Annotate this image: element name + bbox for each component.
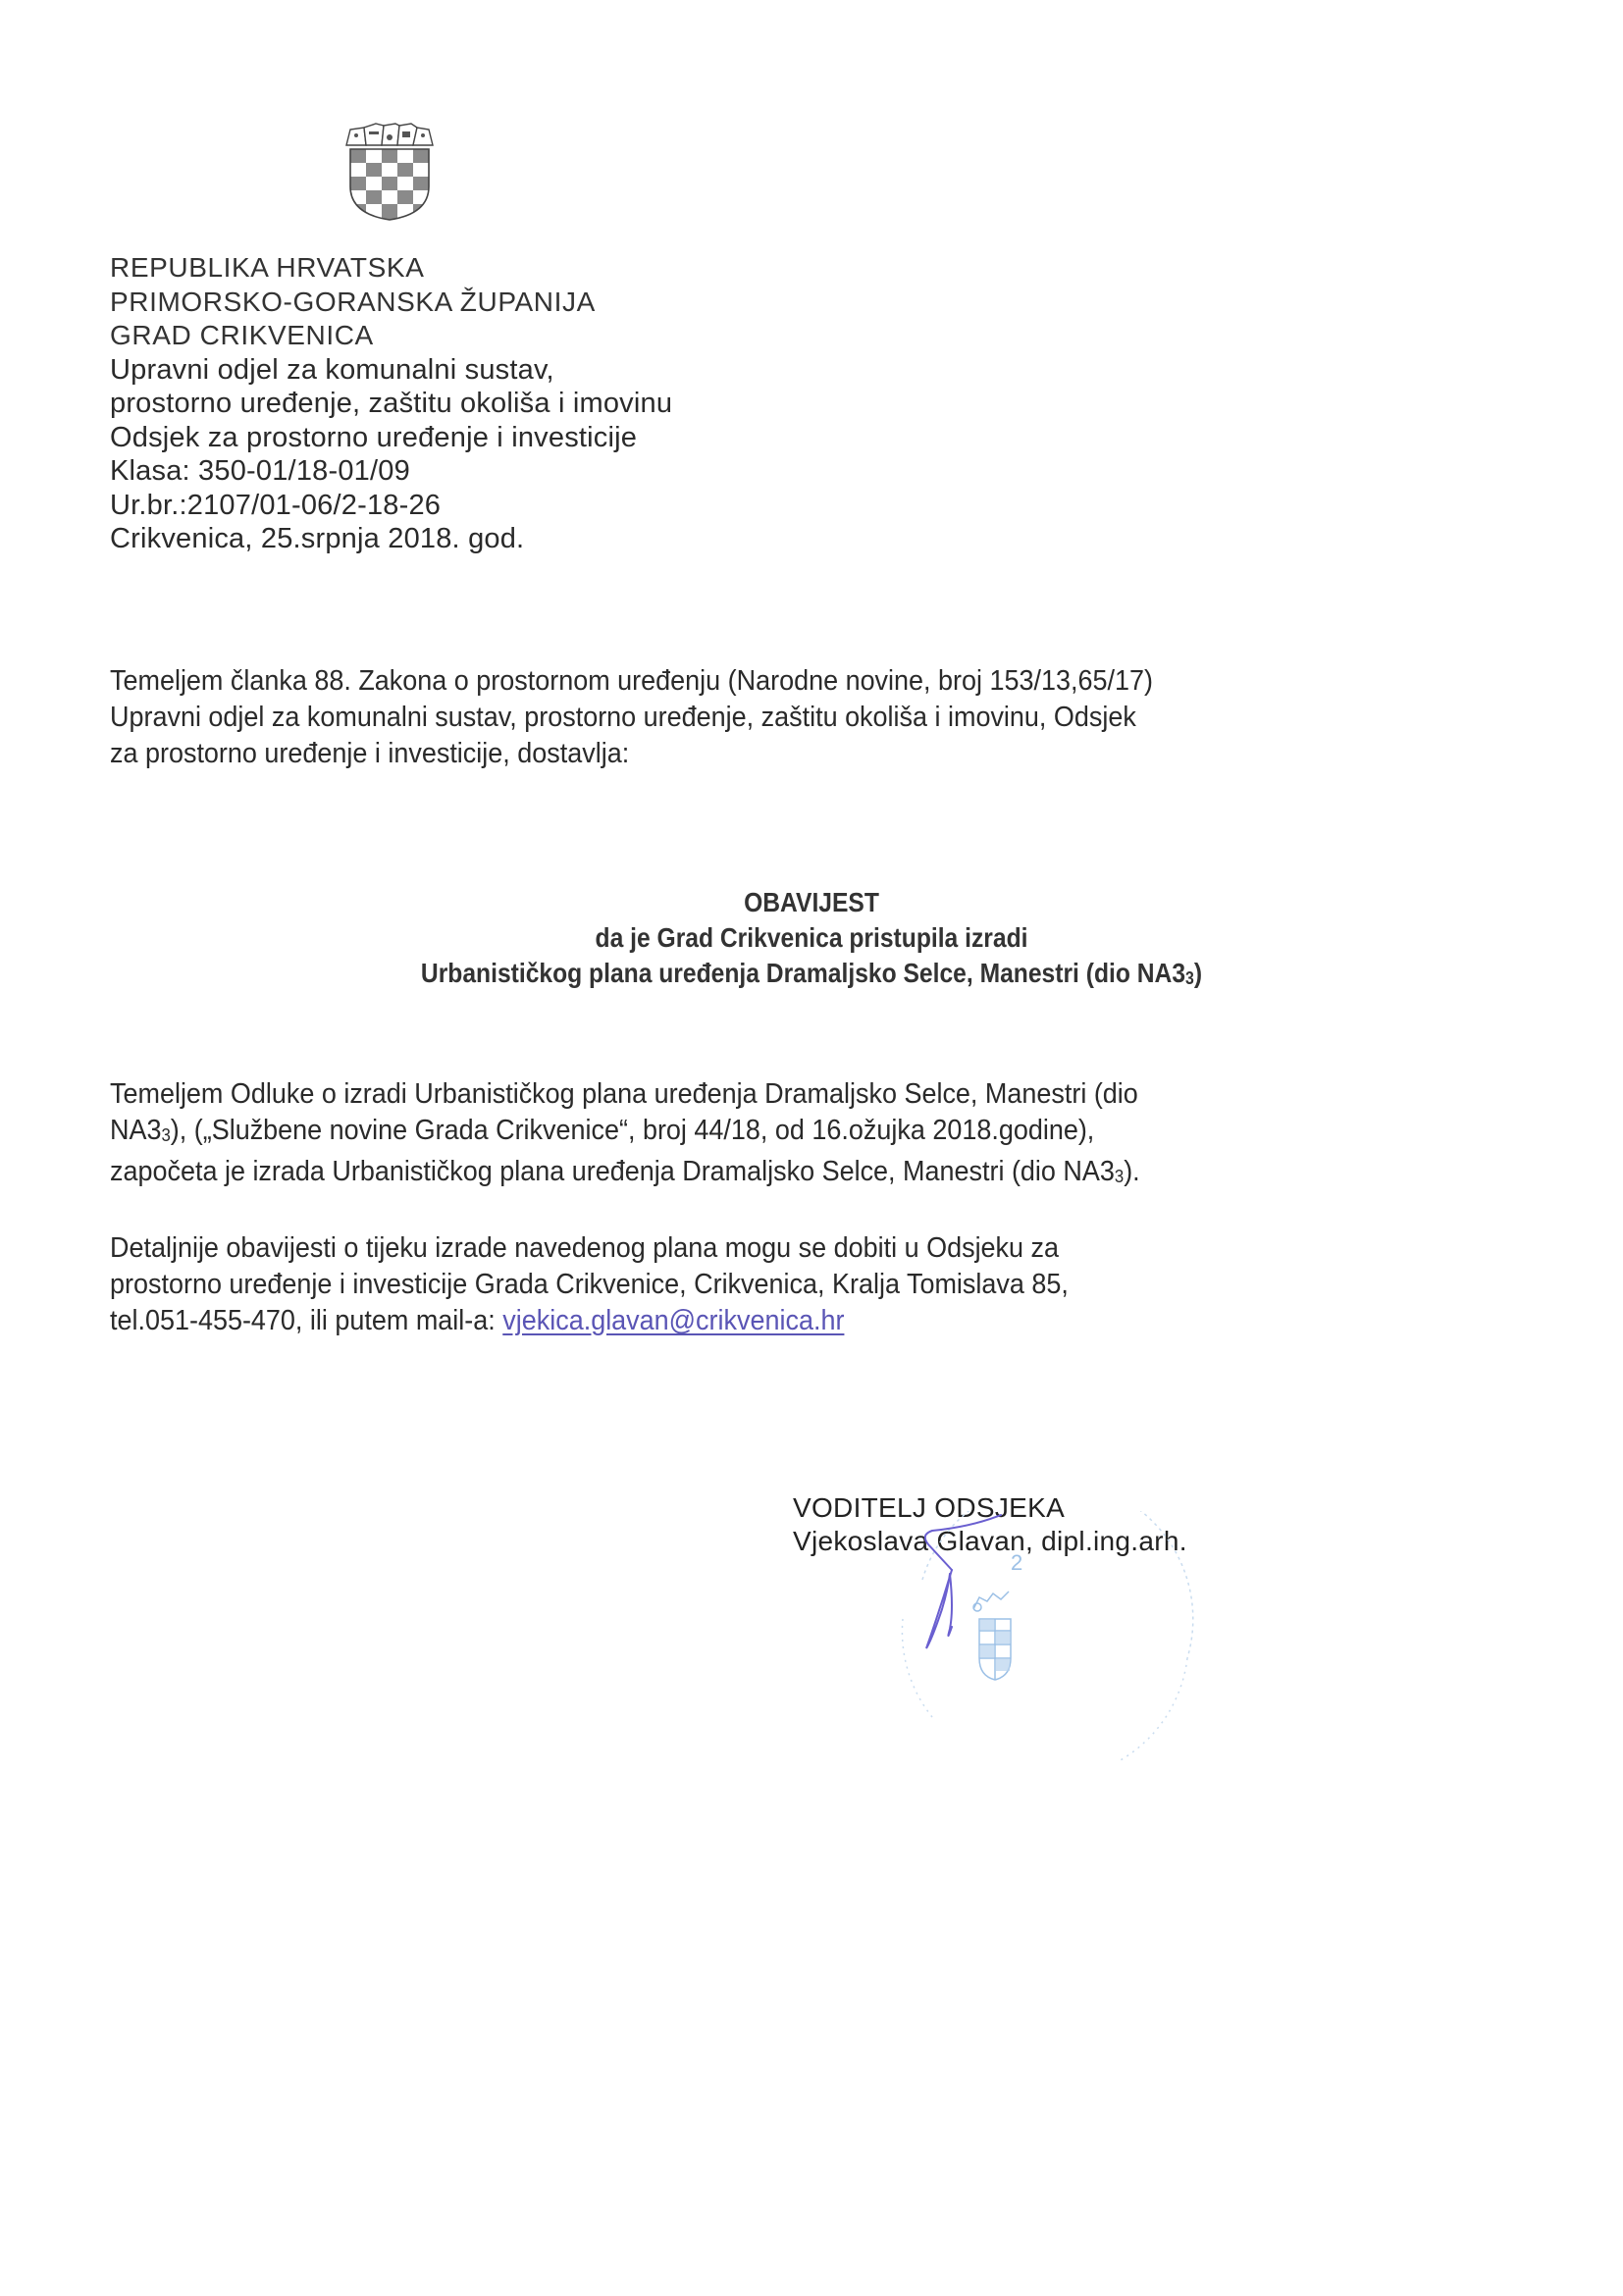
header-urbr: Ur.br.:2107/01-06/2-18-26 <box>110 489 672 523</box>
contact-paragraph: Detaljnije obavijesti o tijeku izrade na… <box>110 1230 1069 1339</box>
signatory-role: VODITELJ ODSJEKA <box>793 1491 1187 1525</box>
header-city: GRAD CRIKVENICA <box>110 319 672 353</box>
notice-heading: OBAVIJEST <box>97 885 1526 920</box>
paragraph-line: prostorno uređenje i investicije Grada C… <box>110 1267 1069 1303</box>
croatian-coat-of-arms-icon <box>337 116 443 222</box>
notice-plan-name: Urbanističkog plana uređenja Dramaljsko … <box>97 956 1526 996</box>
header-klasa: Klasa: 350-01/18-01/09 <box>110 454 672 489</box>
signatory-name: Vjekoslava Glavan, dipl.ing.arh. <box>793 1525 1187 1558</box>
signature-block: VODITELJ ODSJEKA Vjekoslava Glavan, dipl… <box>793 1491 1187 1558</box>
paragraph-line: započeta je izrada Urbanističkog plana u… <box>110 1154 1140 1195</box>
email-link[interactable]: vjekica.glavan@crikvenica.hr <box>502 1305 844 1336</box>
sender-header: REPUBLIKA HRVATSKA PRIMORSKO-GORANSKA ŽU… <box>110 251 672 556</box>
paragraph-line: NA33), („Službene novine Grada Crikvenic… <box>110 1113 1140 1154</box>
notice-subheading: da je Grad Crikvenica pristupila izradi <box>97 920 1526 956</box>
header-country: REPUBLIKA HRVATSKA <box>110 251 672 286</box>
paragraph-line: Temeljem Odluke o izradi Urbanističkog p… <box>110 1076 1140 1113</box>
notice-title: OBAVIJEST da je Grad Crikvenica pristupi… <box>0 885 1623 996</box>
intro-paragraph: Temeljem članka 88. Zakona o prostornom … <box>110 663 1153 772</box>
decision-paragraph: Temeljem Odluke o izradi Urbanističkog p… <box>110 1076 1140 1195</box>
paragraph-line: Detaljnije obavijesti o tijeku izrade na… <box>110 1230 1069 1267</box>
header-department: Upravni odjel za komunalni sustav, <box>110 353 672 388</box>
paragraph-line: tel.051-455-470, ili putem mail-a: vjeki… <box>110 1303 1069 1339</box>
header-section: Odsjek za prostorno uređenje i investici… <box>110 421 672 455</box>
intro-line: za prostorno uređenje i investicije, dos… <box>110 736 1153 772</box>
intro-line: Upravni odjel za komunalni sustav, prost… <box>110 700 1153 736</box>
header-date: Crikvenica, 25.srpnja 2018. god. <box>110 522 672 556</box>
header-department-cont: prostorno uređenje, zaštitu okoliša i im… <box>110 387 672 421</box>
header-county: PRIMORSKO-GORANSKA ŽUPANIJA <box>110 286 672 320</box>
intro-line: Temeljem članka 88. Zakona o prostornom … <box>110 663 1153 700</box>
